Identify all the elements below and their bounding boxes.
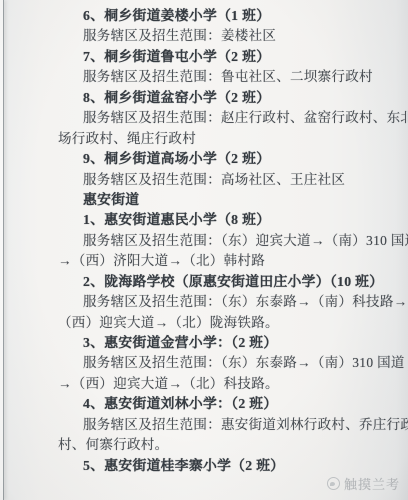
body-text-line: 服务辖区及招生范围：（东）东泰路→（南）科技路→ xyxy=(58,292,388,312)
body-text-line: 场行政村、绳庄行政村 xyxy=(58,129,388,149)
document-page: 6、桐乡街道姜楼小学（1 班）服务辖区及招生范围：姜楼社区7、桐乡街道鲁屯小学（… xyxy=(0,0,408,500)
body-text-line: 服务辖区及招生范围：高场社区、王庄社区 xyxy=(58,170,388,190)
school-heading-line: 4、惠安街道刘林小学：（2 班） xyxy=(58,394,388,414)
body-text-line: →（西）迎宾大道→（北）科技路。 xyxy=(58,374,388,394)
body-text-line: 村、何寨行政村。 xyxy=(58,435,388,455)
school-heading-line: 8、桐乡街道盆窑小学（2 班） xyxy=(58,88,388,108)
page-left-edge xyxy=(0,0,4,500)
school-heading-line: 9、桐乡街道高场小学（2 班） xyxy=(58,149,388,169)
school-heading-line: 5、惠安街道桂李寨小学（2 班） xyxy=(58,456,388,476)
watermark: 触摸兰考 xyxy=(327,474,400,493)
body-text-line: 服务辖区及招生范围：（东）东泰路→（南）310 国道 xyxy=(58,353,388,373)
watermark-logo-icon xyxy=(327,477,340,490)
body-text-line: →（西）济阳大道→（北）韩村路 xyxy=(58,251,388,271)
body-text-line: 服务辖区及招生范围：（东）迎宾大道→（南）310 国道 xyxy=(58,231,388,251)
body-text-line: （西）迎宾大道→（北）陇海铁路。 xyxy=(58,313,388,333)
school-heading-line: 2、陇海路学校（原惠安街道田庄小学）（10 班） xyxy=(58,272,388,292)
section-heading-line: 惠安街道 xyxy=(58,190,388,210)
school-heading-line: 6、桐乡街道姜楼小学（1 班） xyxy=(58,6,388,26)
body-text-line: 服务辖区及招生范围：鲁屯社区、二坝寨行政村 xyxy=(58,67,388,87)
document-content: 6、桐乡街道姜楼小学（1 班）服务辖区及招生范围：姜楼社区7、桐乡街道鲁屯小学（… xyxy=(58,6,388,476)
body-text-line: 服务辖区及招生范围：姜楼社区 xyxy=(58,26,388,46)
school-heading-line: 7、桐乡街道鲁屯小学（2 班） xyxy=(58,47,388,67)
body-text-line: 服务辖区及招生范围：惠安街道刘林行政村、乔庄行政 xyxy=(58,415,388,435)
school-heading-line: 3、惠安街道金营小学：（2 班） xyxy=(58,333,388,353)
watermark-text: 触摸兰考 xyxy=(344,474,400,493)
body-text-line: 服务辖区及招生范围：赵庄行政村、盆窑行政村、东北 xyxy=(58,108,388,128)
school-heading-line: 1、惠安街道惠民小学（8 班） xyxy=(58,210,388,230)
